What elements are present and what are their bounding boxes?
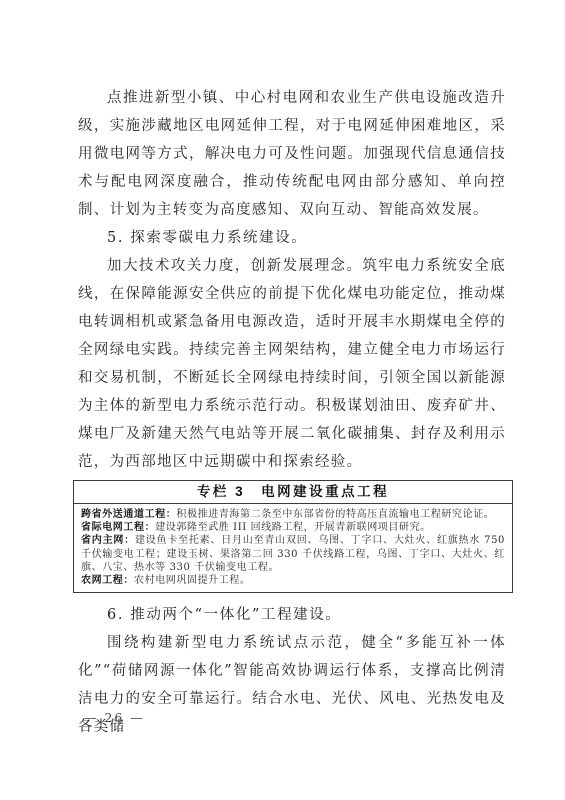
- box-row-label: 省际电网工程：: [81, 522, 155, 533]
- box-row-label: 省内主网：: [81, 535, 135, 546]
- box-row-text: 积极推进青海第二条至中东部省份的特高压直流输电工程研究论证。: [176, 509, 494, 520]
- page-number: — 26 —: [84, 710, 145, 725]
- paragraph-grid-upgrade: 点推进新型小镇、中心村电网和农业生产供电设施改造升级，实施涉藏地区电网延伸工程，…: [78, 84, 506, 224]
- callout-box-body: 跨省外送通道工程：积极推进青海第二条至中东部省份的特高压直流输电工程研究论证。 …: [74, 504, 512, 592]
- box-row-interprovincial-channel: 跨省外送通道工程：积极推进青海第二条至中东部省份的特高压直流输电工程研究论证。: [81, 508, 505, 521]
- paragraph-zero-carbon: 加大技术攻关力度，创新发展理念。筑牢电力系统安全底线，在保障能源安全供应的前提下…: [78, 252, 506, 476]
- heading-item-6: 6. 推动两个“一体化”工程建设。: [78, 601, 506, 629]
- box-row-rural-grid: 农网工程：农村电网巩固提升工程。: [81, 574, 505, 587]
- box-row-provincial-main-grid: 省内主网：建设鱼卡至托素、日月山至青山双回、乌图、丁字口、大灶火、红旗热水 75…: [81, 534, 505, 574]
- box-row-label: 农网工程：: [81, 575, 134, 586]
- heading-item-5: 5. 探索零碳电力系统建设。: [78, 224, 506, 252]
- box-row-text: 农村电网巩固提升工程。: [134, 575, 251, 586]
- box-row-label: 跨省外送通道工程：: [81, 509, 176, 520]
- callout-box-grid-projects: 专栏 3 电网建设重点工程 跨省外送通道工程：积极推进青海第二条至中东部省份的特…: [73, 480, 513, 593]
- box-row-interprovincial-grid: 省际电网工程：建设郭隆至武胜 III 回线路工程，开展青新联网项目研究。: [81, 521, 505, 534]
- callout-box-title: 专栏 3 电网建设重点工程: [74, 481, 512, 504]
- box-row-text: 建设鱼卡至托素、日月山至青山双回、乌图、丁字口、大灶火、红旗热水 750 千伏输…: [81, 535, 505, 572]
- document-page: 点推进新型小镇、中心村电网和农业生产供电设施改造升级，实施涉藏地区电网延伸工程，…: [0, 0, 565, 800]
- box-row-text: 建设郭隆至武胜 III 回线路工程，开展青新联网项目研究。: [155, 522, 431, 533]
- page-content: 点推进新型小镇、中心村电网和农业生产供电设施改造升级，实施涉藏地区电网延伸工程，…: [78, 84, 506, 741]
